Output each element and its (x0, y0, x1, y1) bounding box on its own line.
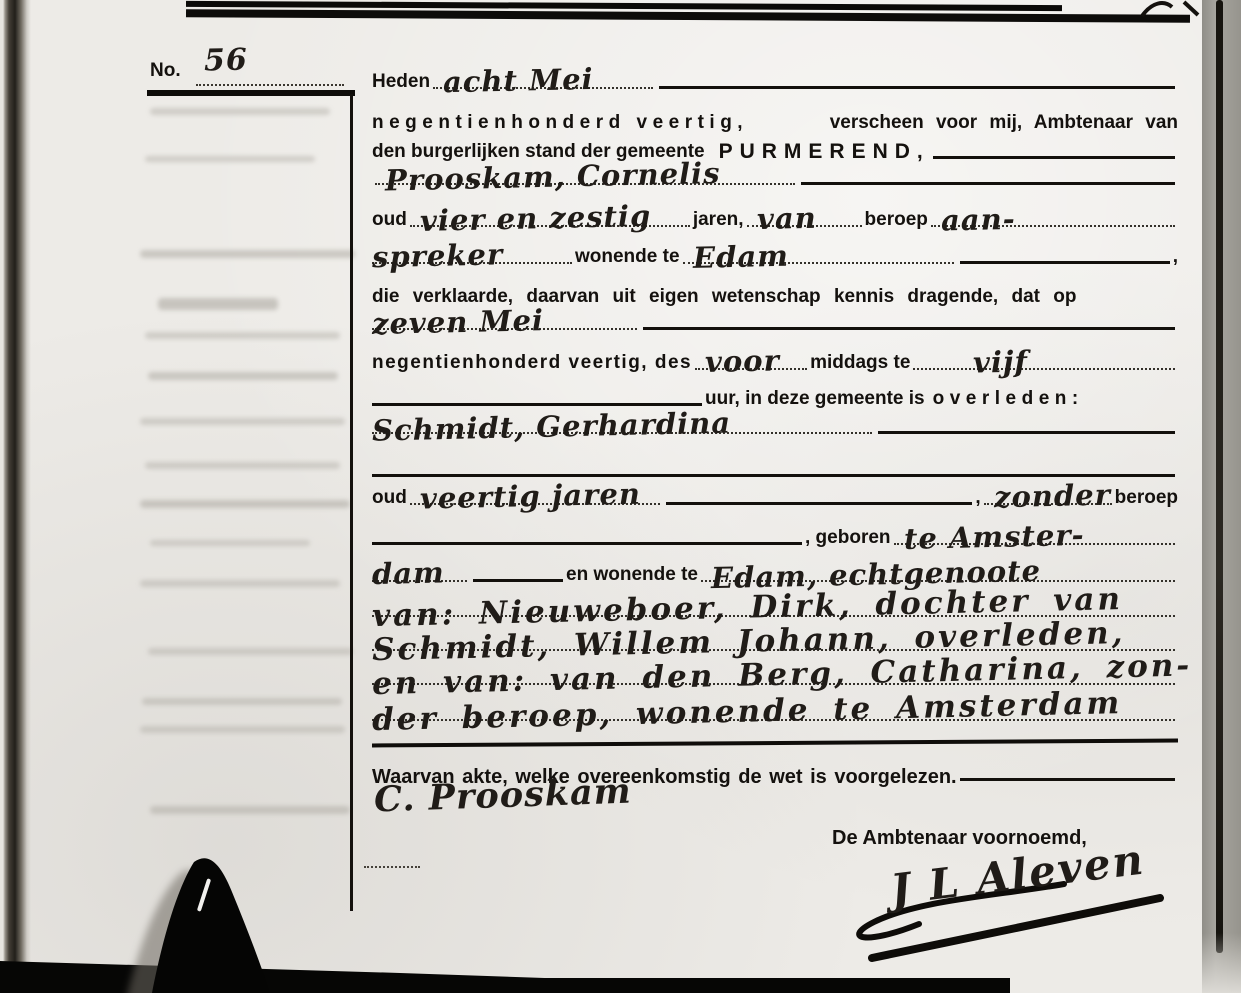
family-field-4: der beroep, wonende te Amsterdam (372, 696, 1175, 721)
row-deceased-age: oud veertig jaren , zonder beroep (372, 472, 1178, 512)
declarant-residence-field: Edam (683, 241, 954, 264)
jaren-label: jaren, (693, 209, 744, 232)
residence-field: Edam, echtgenoote (701, 559, 1175, 582)
comma2: , (975, 487, 980, 510)
declarant-name: Prooskam, Cornelis (375, 157, 796, 196)
number-underline-bar (147, 90, 355, 96)
blank-line (659, 86, 1175, 89)
section-divider-line (372, 739, 1178, 748)
declarant-age-field: vier en zestig (410, 204, 690, 227)
deceased-name-field: Schmidt, Gerhardina (372, 411, 872, 434)
blank-line (666, 502, 973, 505)
row-birthplace: , geboren te Amster- (372, 512, 1178, 552)
blank-line (878, 431, 1175, 434)
row-declarant-name: Prooskam, Cornelis (372, 152, 1178, 192)
van-field: van (747, 204, 862, 227)
row-declarant-residence: spreker wonende te Edam , (372, 231, 1178, 271)
row-heden: Heden acht Mei (372, 56, 1178, 96)
declarant-name-field: Prooskam, Cornelis (375, 162, 795, 185)
occupation-field: aan- (931, 204, 1175, 227)
page-left-binding-edge (0, 0, 32, 993)
oud-label: oud (372, 209, 407, 232)
blank-line (960, 261, 1170, 264)
blank-line (372, 542, 802, 545)
family-field-1: van: Nieuweboer, Dirk, dochter van (372, 592, 1175, 617)
row-declarant-age: oud vier en zestig jaren, van beroep aan… (372, 194, 1178, 234)
comma: , (1173, 246, 1178, 269)
blank-line (473, 579, 563, 582)
middags-label: middags te (810, 352, 910, 375)
death-date: zeven Mei (372, 304, 638, 339)
daypart-field: voor (695, 347, 807, 370)
row-deceased-name: Schmidt, Gerhardina (372, 401, 1178, 441)
family-field-3: en van: van den Berg, Catharina, zon- (372, 660, 1175, 685)
deceased-age-field: veertig jaren (410, 482, 660, 505)
akte-number-label: No. (150, 60, 181, 83)
death-date-field: zeven Mei (372, 307, 637, 330)
hour-field: vijf (913, 347, 1175, 370)
number-dotted-line (196, 84, 344, 86)
column-divider-line (350, 94, 353, 911)
heden-label: Heden (372, 71, 430, 94)
certificate-body: Heden acht Mei negentienhonderd veertig,… (372, 0, 1178, 993)
geboren-label: , geboren (805, 527, 891, 550)
van-value: van (746, 203, 862, 235)
blank-line (801, 182, 1175, 185)
deceased-name: Schmidt, Gerhardina (372, 405, 873, 445)
oud2-label: oud (372, 487, 407, 510)
family-line-4: der beroep, wonende te Amsterdam (372, 687, 1175, 736)
beroep-label: beroep (865, 209, 928, 232)
declarant-signature: C. Prooskam (373, 774, 632, 818)
blank-line (960, 778, 1175, 781)
beroep2-label: beroep (1115, 487, 1178, 510)
scanned-death-certificate: { "document": { "margin": { "no_label": … (0, 0, 1241, 993)
declarant-residence: Edam (682, 238, 954, 273)
official-signature-block: J L Aleven (824, 846, 1178, 976)
occupation-cont-field: spreker (372, 241, 572, 264)
date-field: acht Mei (433, 66, 653, 89)
zonder-field: zonder (984, 482, 1112, 505)
birthplace-cont-field: dam (372, 559, 467, 582)
wonende-label: wonende te (575, 246, 680, 269)
blank-line (643, 327, 1175, 330)
family-field-2: Schmidt, Willem Johann, overleden, (372, 626, 1175, 651)
row-death-time: negentienhonderd veertig, des voor midda… (372, 337, 1178, 377)
page-right-binding-edge (1202, 0, 1241, 993)
finger-artifact (110, 840, 300, 993)
deceased-age: veertig jaren (410, 479, 661, 514)
row-family-4: der beroep, wonende te Amsterdam (372, 688, 1178, 728)
birthplace-field: te Amster- (894, 522, 1175, 545)
row-death-date: zeven Mei (372, 297, 1178, 337)
occupation-part2: spreker (372, 239, 573, 273)
zonder-value: zonder (983, 481, 1112, 513)
year-des-printed: negentienhonderd veertig, des (372, 352, 692, 375)
date-value: acht Mei (433, 64, 654, 98)
akte-number-value: 56 (204, 46, 248, 77)
